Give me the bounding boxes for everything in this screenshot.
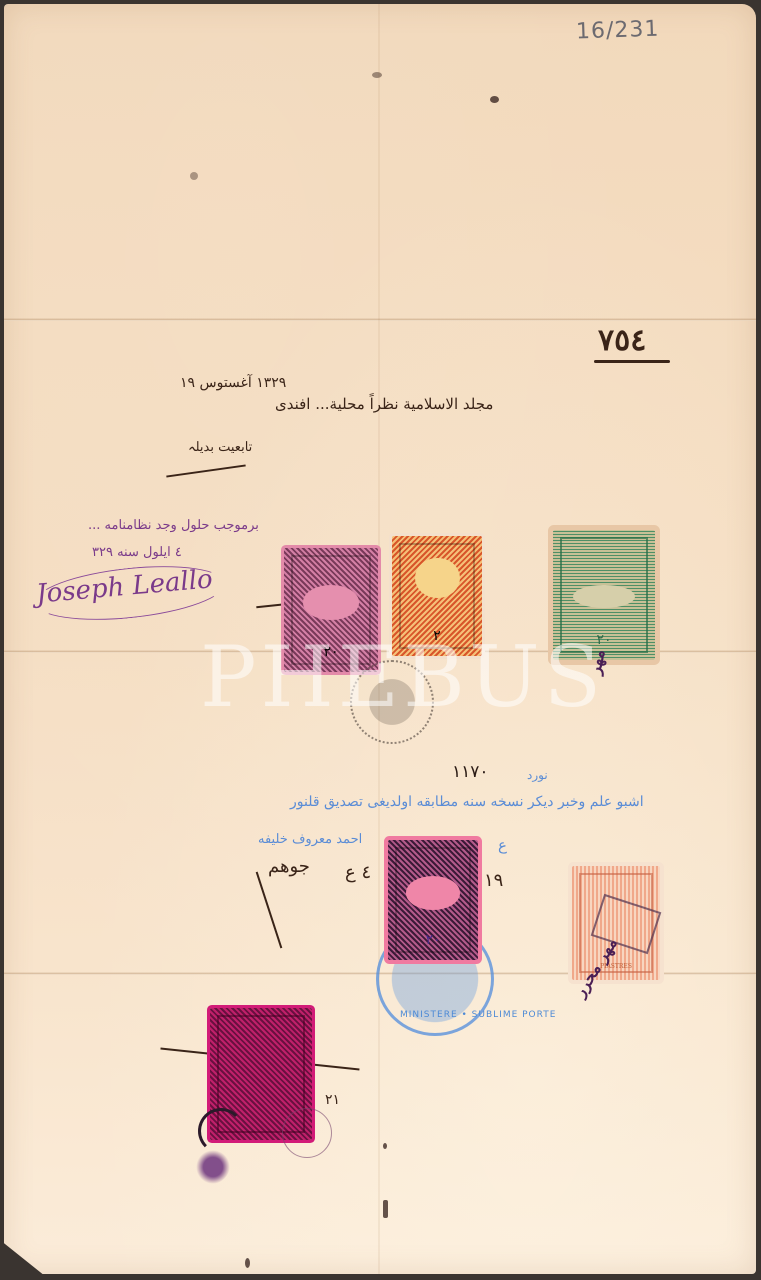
ink-spot xyxy=(245,1258,250,1268)
blue-mark: ع xyxy=(498,836,507,854)
tughra-oval-icon xyxy=(303,585,359,620)
blue-certification-text: اشبو علم وخبر دیكر نسخه سنه مطابقه اولدی… xyxy=(290,794,644,810)
document-number-underline xyxy=(594,360,670,363)
ink-spot xyxy=(372,72,382,78)
handwritten-note: ١٩ xyxy=(484,870,503,891)
crest-oval-icon xyxy=(573,585,634,608)
fold-line-1 xyxy=(4,318,756,321)
purple-annotation-line-1: برموجب حلول وجد نظامنامه ... xyxy=(88,518,259,533)
ink-spot xyxy=(490,96,499,103)
main-text-line: مجلد الاسلامية نظراً محلية... افندی xyxy=(275,395,493,413)
register-number: ١١٧٠ xyxy=(452,762,489,782)
blue-number-note: نورد xyxy=(527,768,548,782)
tughra-oval-icon xyxy=(415,558,460,599)
handwritten-note: جوهم xyxy=(268,856,310,877)
partial-seal-arc xyxy=(198,1108,244,1154)
handwritten-note: ٢١ xyxy=(325,1092,340,1108)
handwritten-note: ٤ ع xyxy=(345,862,371,883)
sub-text-line: تابعيت بدیلہ xyxy=(188,440,252,455)
blue-signer: احمد معروف خلیفه xyxy=(258,832,362,847)
ink-spot xyxy=(383,1200,388,1218)
purple-annotation-line-2: ٤ ايلول سنه ٣٢٩ xyxy=(92,545,182,560)
ink-spot xyxy=(383,1143,387,1149)
date-note: ١٣٢٩ آغستوس ١٩ xyxy=(180,375,286,391)
torn-corner xyxy=(0,1240,50,1280)
document-number: ٧٥٤ xyxy=(598,323,646,358)
blue-seal-legend: MINISTERE • SUBLIME PORTE xyxy=(400,1010,556,1020)
small-circular-seal xyxy=(282,1108,332,1158)
ink-spot xyxy=(190,172,198,180)
archive-number: 16/231 xyxy=(576,17,660,45)
tughra-oval-icon xyxy=(406,876,460,910)
pink-revenue-stamp-2: ٢٠ xyxy=(388,840,478,960)
watermark: PHEBUS xyxy=(200,628,605,726)
